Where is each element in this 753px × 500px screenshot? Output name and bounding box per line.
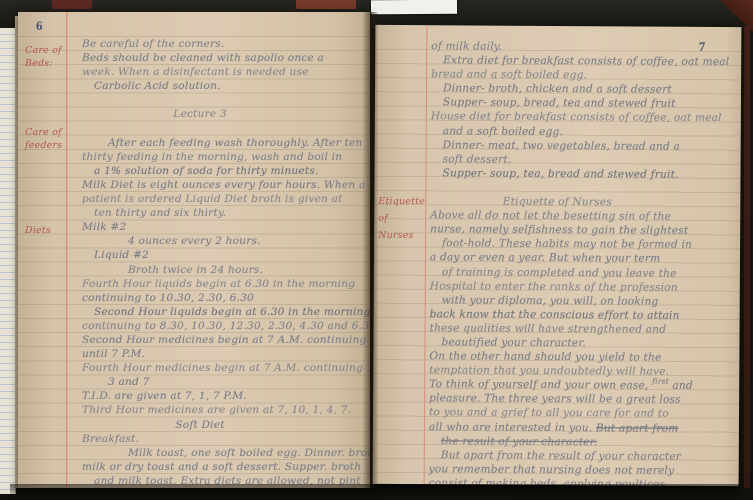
text-segment: Supper- soup, tea, bread and stewed frui… xyxy=(442,167,678,180)
text-segment: Fourth Hour medicines begin at 7 A.M. co… xyxy=(82,362,370,374)
gutter-shadow xyxy=(362,12,378,488)
lined-paper-edge xyxy=(0,28,16,494)
text-segment: House diet for breakfast consists of cof… xyxy=(431,111,722,125)
handwritten-line: T.I.D. are given at 7, 1, 7 P.M. xyxy=(82,389,364,403)
margin-note-line: feeders xyxy=(25,139,71,152)
margin-note-line: Care of xyxy=(25,44,71,57)
text-segment: 3 and 7 xyxy=(108,376,150,388)
handwritten-line: until 7 P.M. xyxy=(82,347,364,361)
text-segment: Beds should be cleaned with sapolio once… xyxy=(82,52,324,64)
text-segment: a day or even a year. But when your term xyxy=(430,252,660,265)
handwritten-line: House diet for breakfast consists of cof… xyxy=(431,110,731,126)
text-segment: until 7 P.M. xyxy=(82,348,145,360)
text-segment: Milk toast, one soft boiled egg. Dinner.… xyxy=(128,447,370,459)
text-segment: Broth twice in 24 hours. xyxy=(128,264,263,276)
text-segment: Above all do not let the besetting sin o… xyxy=(430,209,671,222)
text-segment: Second Hour medicines begin at 7 A.M. co… xyxy=(82,334,370,346)
handwritten-line: Soft Diet xyxy=(82,418,364,432)
margin-note-etiquette: Etiquette of Nurses xyxy=(378,193,424,244)
handwritten-line: Fourth Hour liquids begin at 6.30 in the… xyxy=(82,277,364,291)
handwritten-line: Carbolic Acid solution. xyxy=(82,79,364,93)
handwritten-line: Supper- soup, tea, bread and stewed frui… xyxy=(430,166,730,182)
text-segment: Lecture 3 xyxy=(173,108,227,120)
right-page: 7 Etiquette of Nurses of milk daily.Extr… xyxy=(373,25,742,486)
handwritten-line: patient is ordered Liquid Diet broth is … xyxy=(82,192,364,206)
text-segment: Soft Diet xyxy=(175,419,224,431)
handwritten-line: But apart from the result of your charac… xyxy=(429,448,729,464)
page-number: 6 xyxy=(36,18,43,34)
handwritten-line: of milk daily. xyxy=(431,39,731,55)
margin-note-line: of xyxy=(378,210,424,227)
red-margin-line xyxy=(66,12,67,488)
bookmark-strip xyxy=(371,0,457,14)
handwritten-line: a 1% solution of soda for thirty minuets… xyxy=(82,164,364,178)
text-segment: temptation that you undoubtedly will hav… xyxy=(429,364,669,377)
book-cover-edge xyxy=(52,0,92,9)
margin-note-line: Etiquette xyxy=(378,193,424,210)
handwritten-line: Broth twice in 24 hours. xyxy=(82,263,364,277)
handwritten-line: Milk toast, one soft boiled egg. Dinner.… xyxy=(82,446,364,460)
notebook-photo: 6 Care of Beds: Care of feeders Diets Be… xyxy=(0,0,753,500)
text-segment: bread and a soft boiled egg. xyxy=(431,68,587,81)
cover-spine-stripe xyxy=(744,26,750,488)
text-segment: these qualities will have strengthened a… xyxy=(430,322,667,335)
text-segment: nurse, namely selfishness to gain the sl… xyxy=(430,223,688,237)
handwritten-line: week. When a disinfectant is needed use xyxy=(82,65,364,79)
inserted-word: first xyxy=(652,375,669,389)
text-segment: all who are interested in you. xyxy=(429,421,596,434)
margin-note-care-of-feeders: Care of feeders xyxy=(25,126,71,152)
text-segment: continuing to 8.30, 10.30, 12.30, 2.30, … xyxy=(82,320,370,332)
handwritten-line: foot-hold. These habits may not be forme… xyxy=(430,237,730,253)
text-segment xyxy=(82,123,86,135)
text-segment: Carbolic Acid solution. xyxy=(94,80,221,92)
text-segment: After each feeding wash thoroughly. Afte… xyxy=(108,137,362,149)
handwritten-line: Beds should be cleaned with sapolio once… xyxy=(82,51,364,65)
text-segment: of training is completed and you leave t… xyxy=(442,266,677,279)
handwritten-line: 4 ounces every 2 hours. xyxy=(82,234,364,248)
handwritten-line: Milk Diet is eight ounces every four hou… xyxy=(82,178,364,192)
handwritten-line: with your diploma, you will, on looking xyxy=(430,293,730,309)
text-segment: thirty feeding in the morning, wash and … xyxy=(82,151,342,163)
handwritten-line: Liquid #2 xyxy=(82,248,364,262)
handwritten-line: To think of yourself and your own ease, … xyxy=(429,377,729,393)
handwritten-line: Be careful of the corners. xyxy=(82,37,364,51)
text-segment: a 1% solution of soda for thirty minuets… xyxy=(94,165,319,177)
text-segment: Etiquette of Nurses xyxy=(503,196,612,209)
text-segment: milk or dry toast and a soft dessert. Su… xyxy=(82,461,361,473)
handwritten-line: After each feeding wash thoroughly. Afte… xyxy=(82,136,364,150)
handwritten-line: Breakfast. xyxy=(82,432,364,446)
handwriting-right: of milk daily.Extra diet for breakfast c… xyxy=(429,39,732,486)
text-segment: Fourth Hour liquids begin at 6.30 in the… xyxy=(82,278,355,290)
handwritten-line: milk or dry toast and a soft dessert. Su… xyxy=(82,460,364,474)
text-segment xyxy=(430,181,434,193)
text-segment: back know that the conscious effort to a… xyxy=(430,308,680,322)
left-page: 6 Care of Beds: Care of feeders Diets Be… xyxy=(18,12,370,488)
margin-note-care-of-beds: Care of Beds: xyxy=(25,44,71,70)
text-segment: Dinner- broth, chicken and a soft desser… xyxy=(443,83,672,96)
text-segment: week. When a disinfectant is needed use xyxy=(82,66,309,78)
margin-note-diets: Diets xyxy=(25,224,71,237)
handwritten-line: 3 and 7 xyxy=(82,375,364,389)
text-segment: Supper- soup, bread, tea and stewed frui… xyxy=(443,97,676,110)
margin-note-line: Care of xyxy=(25,126,71,139)
text-segment: Milk Diet is eight ounces every four hou… xyxy=(82,179,366,191)
handwritten-line: ten thirty and six thirty. xyxy=(82,206,364,220)
text-segment: Liquid #2 xyxy=(94,249,149,261)
handwritten-line: Third Hour medicines are given at 7, 10,… xyxy=(82,403,364,417)
text-segment: soft dessert. xyxy=(443,153,512,165)
text-segment: and xyxy=(669,380,693,392)
handwritten-line: soft dessert. xyxy=(431,152,731,168)
text-segment: you remember that nursing does not merel… xyxy=(429,463,675,476)
text-segment: On the other hand should you yield to th… xyxy=(429,350,661,363)
text-segment: continuing to 10.30, 2.30, 6.30 xyxy=(82,292,254,304)
handwritten-line: Lecture 3 xyxy=(82,107,364,121)
handwritten-line: Hospital to enter the ranks of the profe… xyxy=(430,279,730,295)
text-segment: But apart from the result of your charac… xyxy=(441,449,681,462)
handwriting-left: Be careful of the corners.Beds should be… xyxy=(82,37,364,488)
handwritten-line: bread and a soft boiled egg. xyxy=(431,67,731,83)
margin-note-line: Beds: xyxy=(25,57,71,70)
handwritten-line: to you and a grief to all you care for a… xyxy=(429,406,729,422)
handwritten-line: Fourth Hour medicines begin at 7 A.M. co… xyxy=(82,361,364,375)
text-segment: with your diploma, you will, on looking xyxy=(442,294,659,307)
text-segment: Dinner- meat, two vegetables, bread and … xyxy=(443,139,680,152)
handwritten-line: thirty feeding in the morning, wash and … xyxy=(82,150,364,164)
text-segment: Milk #2 xyxy=(82,221,126,233)
handwritten-line xyxy=(82,122,364,136)
text-segment: Hospital to enter the ranks of the profe… xyxy=(430,280,678,294)
text-segment: To think of yourself and your own ease, xyxy=(429,378,652,391)
text-segment: Second Hour liquids begin at 6.30 in the… xyxy=(94,306,370,318)
text-segment: patient is ordered Liquid Diet broth is … xyxy=(82,193,343,205)
text-segment xyxy=(82,94,86,106)
text-segment: 4 ounces every 2 hours. xyxy=(128,235,261,247)
margin-note-line: Diets xyxy=(25,224,71,237)
handwritten-line: and a soft boiled egg. xyxy=(431,124,731,140)
handwritten-line: Milk #2 xyxy=(82,220,364,234)
handwritten-line: Second Hour medicines begin at 7 A.M. co… xyxy=(82,333,364,347)
text-segment: Be careful of the corners. xyxy=(82,38,224,50)
text-segment: beautified your character. xyxy=(441,336,586,349)
margin-note-line: Nurses xyxy=(378,227,424,244)
handwritten-line: Second Hour liquids begin at 6.30 in the… xyxy=(82,305,364,319)
text-segment: ten thirty and six thirty. xyxy=(94,207,226,219)
text-segment: Extra diet for breakfast consists of cof… xyxy=(443,54,729,68)
text-segment: pleasure. The three years will be a grea… xyxy=(429,393,681,407)
handwritten-line: these qualities will have strengthened a… xyxy=(430,321,730,337)
struck-text: the result of your character. xyxy=(441,435,598,448)
page-block-edge xyxy=(296,0,356,9)
text-segment: foot-hold. These habits may not be forme… xyxy=(442,238,692,252)
text-segment: to you and a grief to all you care for a… xyxy=(429,407,669,420)
text-segment: of milk daily. xyxy=(431,40,502,52)
struck-text: But apart from xyxy=(596,422,679,435)
handwritten-line: continuing to 8.30, 10.30, 12.30, 2.30, … xyxy=(82,319,364,333)
handwritten-line: Above all do not let the besetting sin o… xyxy=(430,208,730,224)
text-segment: Third Hour medicines are given at 7, 10,… xyxy=(82,404,351,416)
handwritten-line xyxy=(82,93,364,107)
text-segment: and a soft boiled egg. xyxy=(443,125,563,138)
bottom-shadow xyxy=(10,484,740,500)
text-segment: T.I.D. are given at 7, 1, 7 P.M. xyxy=(82,390,247,402)
handwritten-line: continuing to 10.30, 2.30, 6.30 xyxy=(82,291,364,305)
text-segment: Breakfast. xyxy=(82,433,139,445)
